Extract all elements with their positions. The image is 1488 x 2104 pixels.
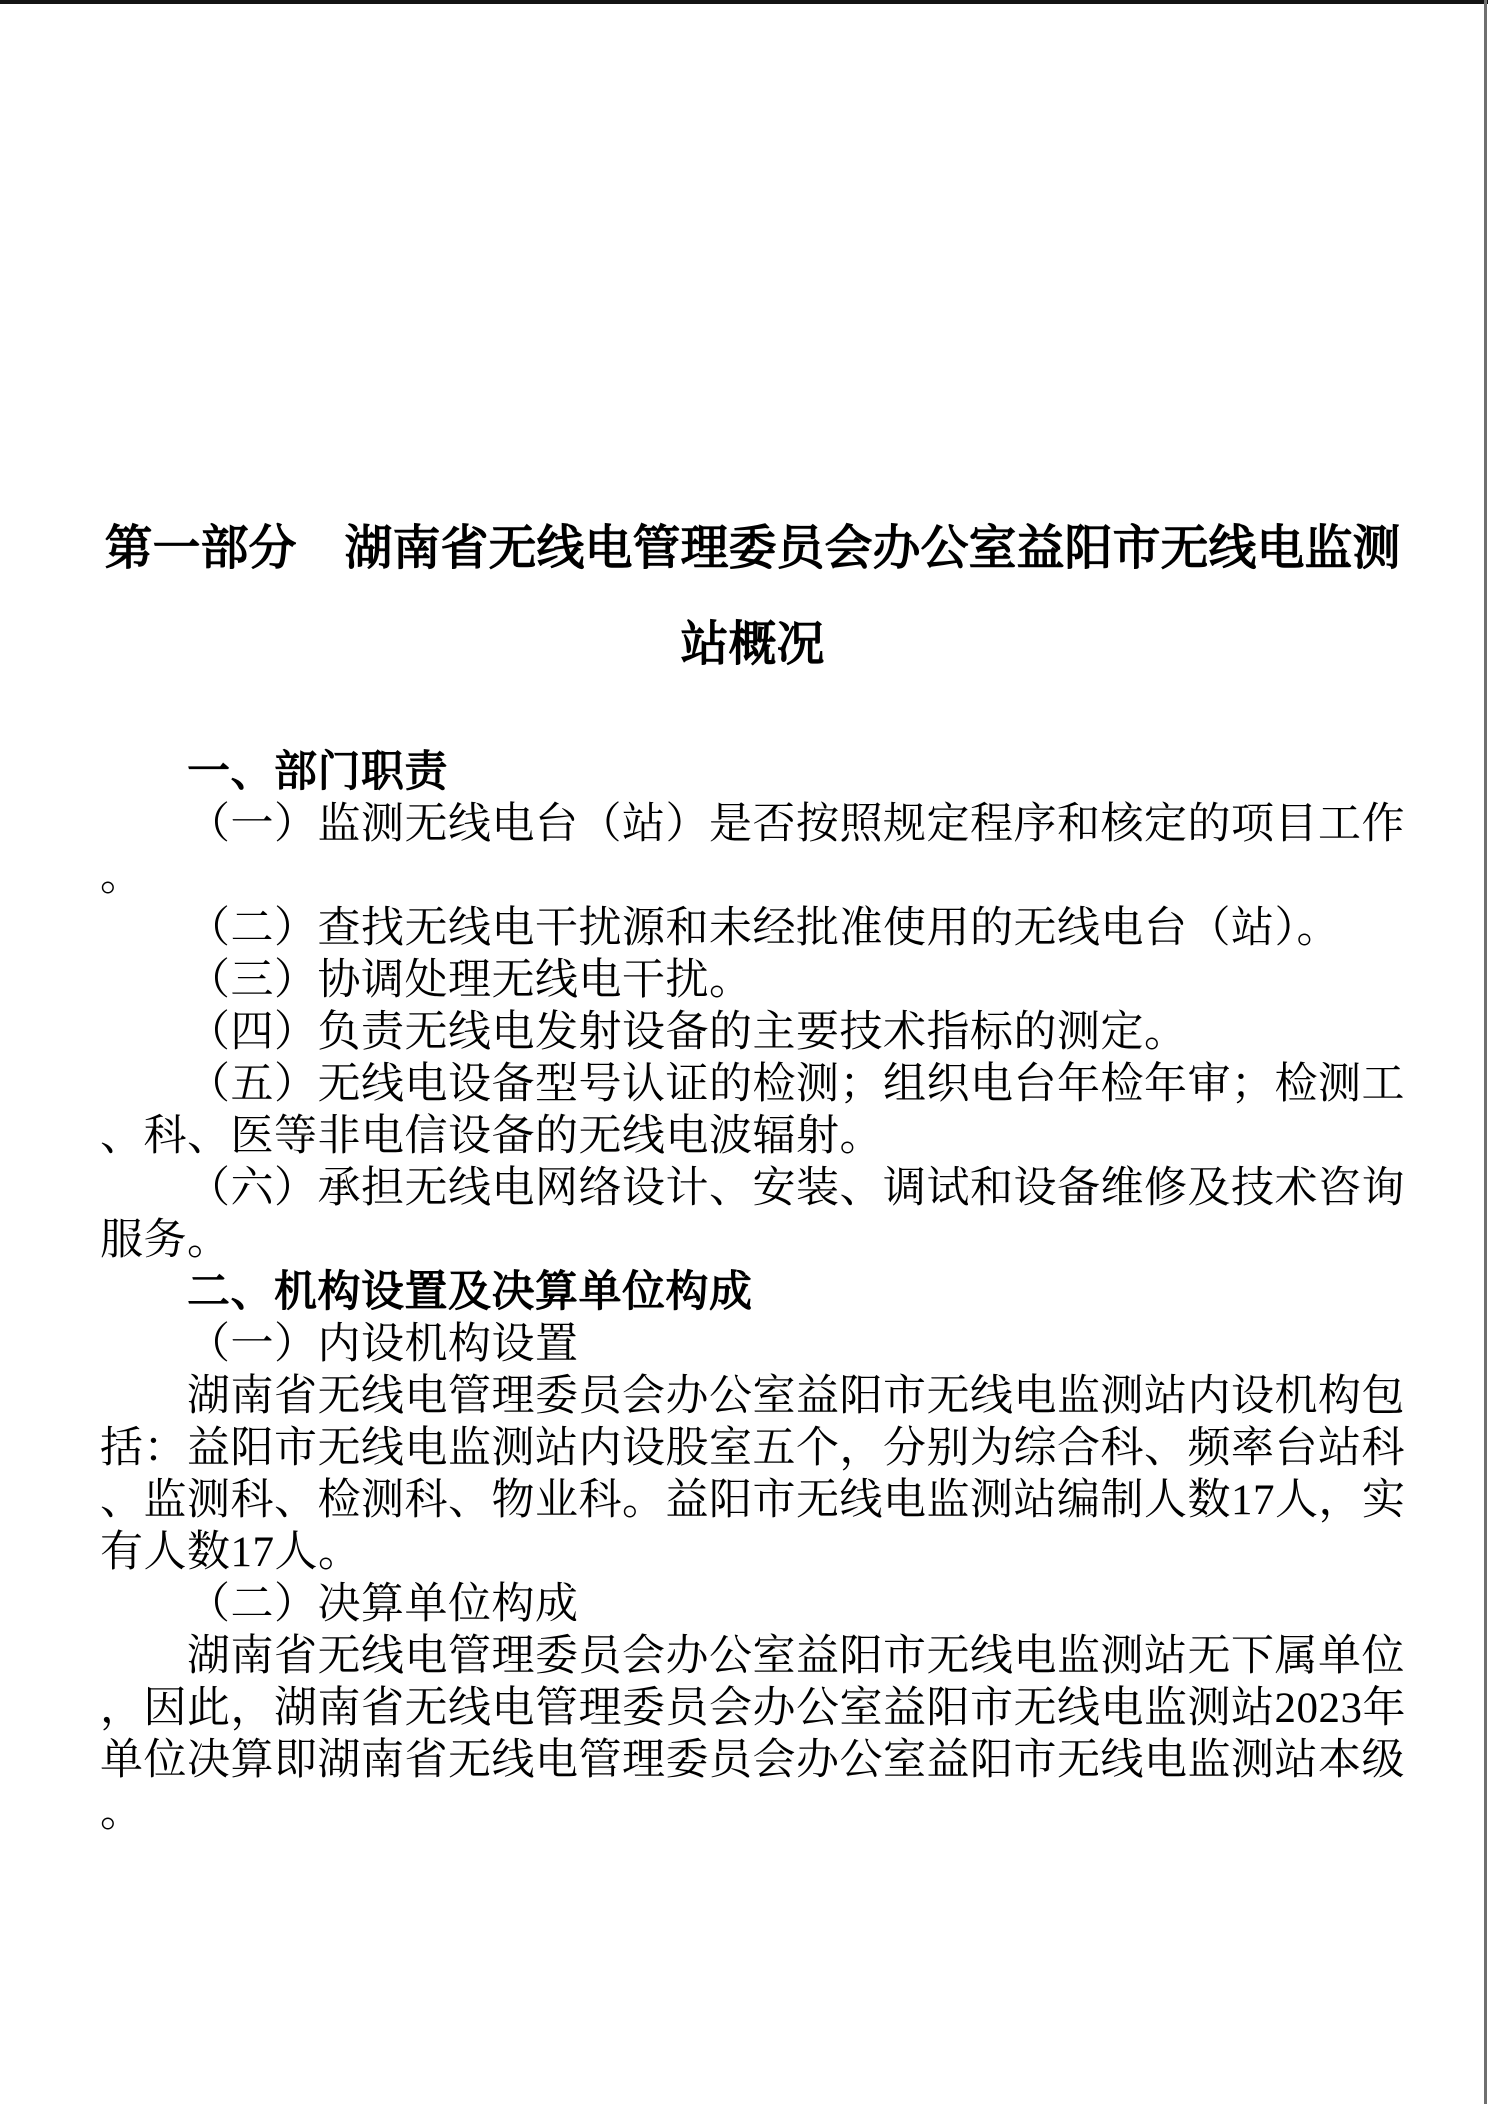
text-line: （三）协调处理无线电干扰。: [100, 955, 1405, 1007]
document-page: 第一部分 湖南省无线电管理委员会办公室益阳市无线电监测 站概况 一、部门职责（一…: [0, 0, 1488, 2104]
section-heading: 一、部门职责: [100, 747, 1405, 799]
text-line: （六）承担无线电网络设计、安装、调试和设备维修及技术咨询: [100, 1163, 1405, 1215]
text-line: ，因此，湖南省无线电管理委员会办公室益阳市无线电监测站2023年: [100, 1683, 1405, 1735]
text-line: 湖南省无线电管理委员会办公室益阳市无线电监测站内设机构包: [100, 1371, 1405, 1423]
text-line: 括：益阳市无线电监测站内设股室五个，分别为综合科、频率台站科: [100, 1423, 1405, 1475]
document-body: 一、部门职责（一）监测无线电台（站）是否按照规定程序和核定的项目工作。（二）查找…: [100, 747, 1405, 1839]
text-line: 。: [100, 851, 1405, 903]
text-line: 单位决算即湖南省无线电管理委员会办公室益阳市无线电监测站本级: [100, 1735, 1405, 1787]
text-line: （一）内设机构设置: [100, 1319, 1405, 1371]
page-title: 第一部分 湖南省无线电管理委员会办公室益阳市无线电监测 站概况: [100, 0, 1405, 693]
text-line: 服务。: [100, 1215, 1405, 1267]
text-line: （五）无线电设备型号认证的检测；组织电台年检年审；检测工: [100, 1059, 1405, 1111]
text-line: 、监测科、检测科、物业科。益阳市无线电监测站编制人数17人，实: [100, 1475, 1405, 1527]
text-line: （四）负责无线电发射设备的主要技术指标的测定。: [100, 1007, 1405, 1059]
text-line: 有人数17人。: [100, 1527, 1405, 1579]
text-line: （二）查找无线电干扰源和未经批准使用的无线电台（站）。: [100, 903, 1405, 955]
page-title-line-2: 站概况: [100, 597, 1405, 693]
text-line: （一）监测无线电台（站）是否按照规定程序和核定的项目工作: [100, 799, 1405, 851]
text-line: 、科、医等非电信设备的无线电波辐射。: [100, 1111, 1405, 1163]
document-content: 第一部分 湖南省无线电管理委员会办公室益阳市无线电监测 站概况 一、部门职责（一…: [100, 0, 1405, 1839]
text-line: 湖南省无线电管理委员会办公室益阳市无线电监测站无下属单位: [100, 1631, 1405, 1683]
page-edge-right: [1484, 0, 1487, 2104]
section-heading: 二、机构设置及决算单位构成: [100, 1267, 1405, 1319]
text-line: 。: [100, 1787, 1405, 1839]
page-title-line-1: 第一部分 湖南省无线电管理委员会办公室益阳市无线电监测: [100, 501, 1405, 597]
text-line: （二）决算单位构成: [100, 1579, 1405, 1631]
